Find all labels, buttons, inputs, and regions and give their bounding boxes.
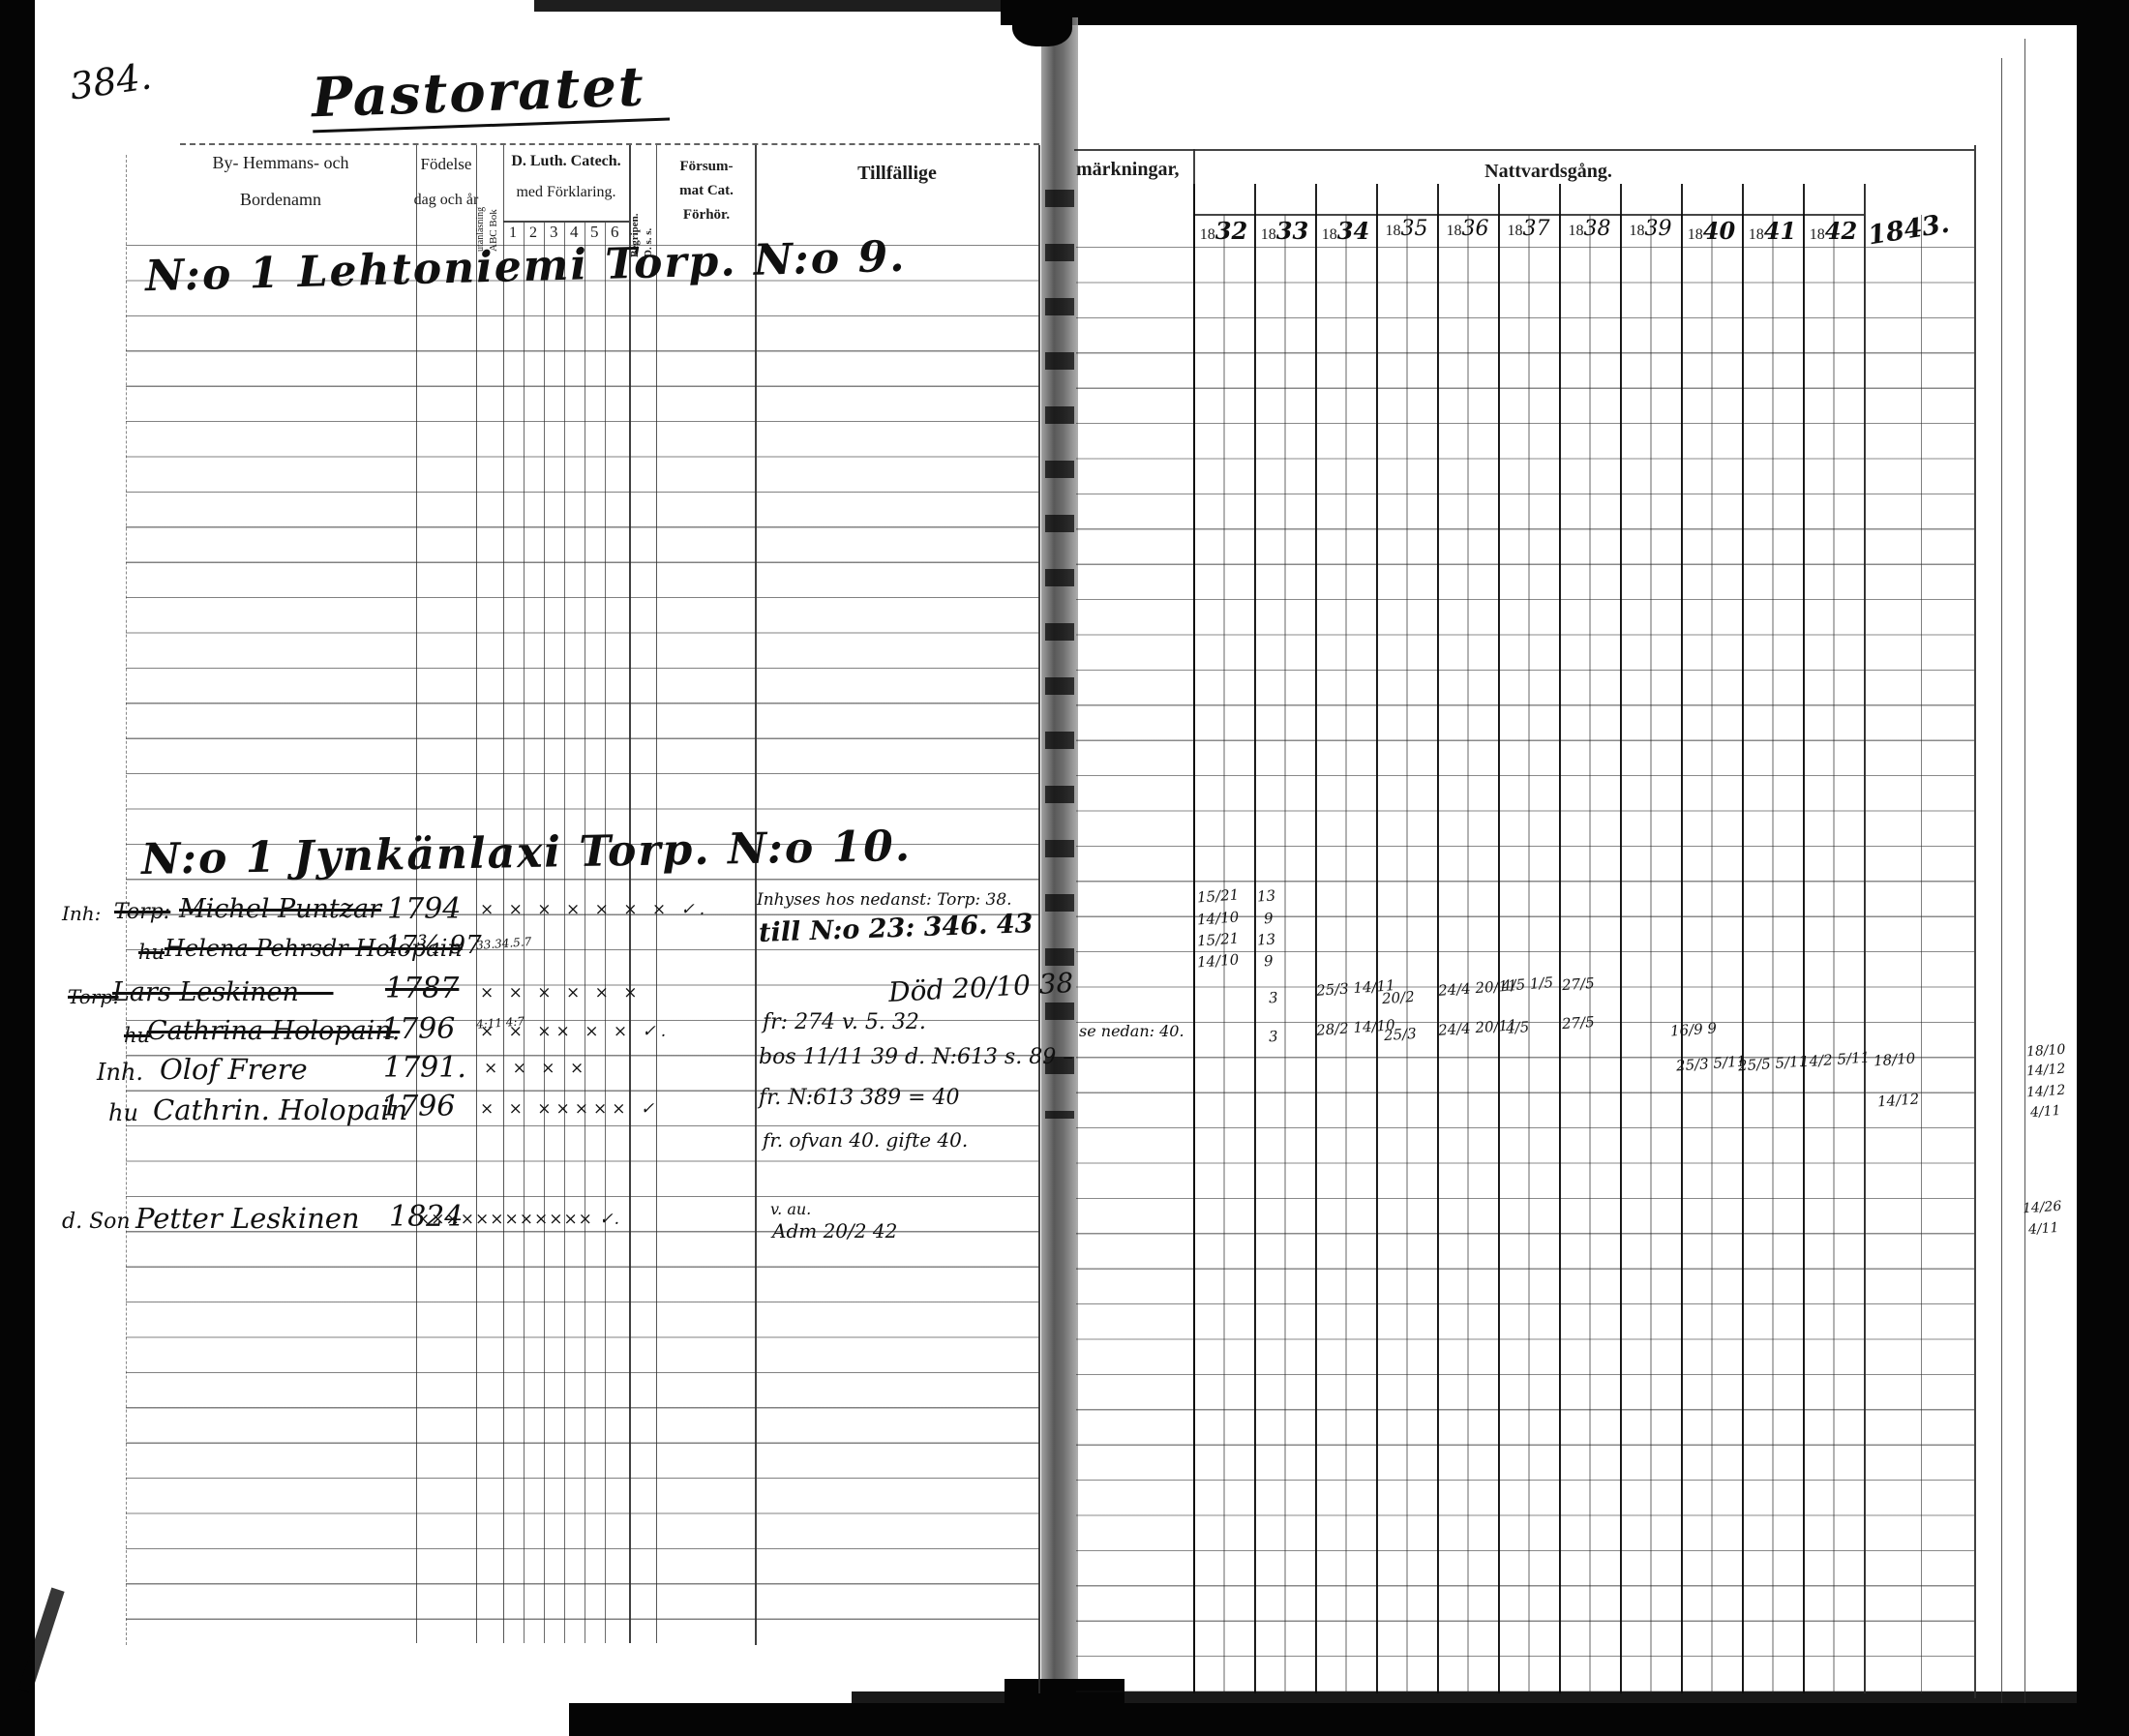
colline-dss-forsummat [656, 145, 657, 1643]
communion-mark: 9 [1263, 952, 1274, 971]
title-underline [180, 143, 1039, 145]
row-prefix-struck: hu [124, 1024, 150, 1047]
column-header-catech-line2: med Förklaring. [499, 184, 633, 201]
scan-edge-top-thin [534, 0, 1005, 12]
communion-mark: 3 [1268, 1028, 1278, 1046]
catech-number-4: 4 [570, 223, 579, 242]
row-catech-marks: × × ××××× ✓ [480, 1099, 659, 1119]
scan-edge-right [2077, 0, 2129, 1736]
row-birth-year: 1794 [387, 892, 461, 926]
year-label-1842: 1842 [1803, 217, 1864, 245]
row-birth-year: 1787 [385, 972, 459, 1005]
colline-birth-abc [476, 145, 477, 1643]
year-label-1839: 1839 [1620, 217, 1681, 241]
year-label-1832: 1832 [1193, 217, 1254, 245]
catech-subline-4 [585, 223, 585, 1643]
note-fr-274: fr: 274 v. 5. 32. [763, 1010, 926, 1034]
row-prefix: hu [138, 941, 165, 964]
row-prefix: Inh: [62, 902, 101, 925]
catech-number-1: 1 [509, 224, 517, 242]
row-catech-marks: ×××××××××××× ✓. [416, 1210, 620, 1229]
catech-subline-5 [605, 223, 606, 1643]
year-label-1840: 1840 [1681, 217, 1742, 245]
communion-mark: 13 [1256, 886, 1275, 905]
right-page-edge-line [1974, 145, 1976, 1698]
row-prefix: hu [108, 1099, 138, 1126]
row-catech-marks: × × × × × × [480, 983, 642, 1003]
row-prefix: Inh. [97, 1059, 143, 1086]
communion-mark: 15/21 [1196, 886, 1239, 907]
catech-number-3: 3 [550, 223, 558, 242]
colline-abc-catech [503, 145, 504, 1643]
column-header-anmarkningar: märkningar, [1076, 159, 1180, 181]
catech-subline-3 [564, 223, 565, 1643]
column-header-nattvardsgang: Nattvardsgång. [1306, 161, 1790, 183]
column-header-tillfallige: Tillfällige [755, 163, 1039, 185]
communion-mark-margin: 18/10 [2025, 1042, 2065, 1061]
year-label-1833: 1833 [1254, 217, 1315, 245]
communion-mark: 27/5 [1561, 1013, 1595, 1033]
year-label-1835: 1835 [1376, 217, 1437, 241]
year-label-1836: 1836 [1437, 217, 1498, 241]
communion-mark: 13 [1256, 930, 1275, 948]
communion-grid-yearlines [1193, 184, 1865, 1693]
row-name: Lars Leskinen — [112, 977, 333, 1007]
communion-mark: 4/5 1/5 [1501, 973, 1553, 995]
year-label-1838: 1838 [1559, 217, 1620, 241]
note-inhyses: Inhyses hos nedanst: Torp: 38. [757, 890, 1012, 910]
communion-mark: 4/5 [1505, 1018, 1529, 1037]
colline-catech-dss [629, 145, 631, 1643]
row-name: Olof Frere [160, 1053, 308, 1086]
catech-number-2: 2 [529, 224, 537, 242]
scanned-church-record-spread: 384. Pastoratet By- Hemmans- och Bordena… [0, 0, 2129, 1736]
scan-edge-left [0, 0, 35, 1736]
binding-top-blob [1012, 0, 1072, 46]
column-header-abc-vertical-1: utanläsning [475, 153, 486, 252]
communion-mark-margin: 4/11 [2027, 1220, 2058, 1238]
page-edge-curve-2 [2024, 39, 2025, 1703]
row-birth-year: 17¾ 97 [385, 931, 482, 960]
note-fr-ofvan: fr. ofvan 40. gifte 40. [763, 1128, 968, 1152]
column-header-abc-vertical-2: ABC Bok [488, 153, 499, 252]
catech-subline-2 [544, 223, 545, 1643]
communion-mark: 9 [1263, 910, 1274, 928]
communion-mark-margin: 14/12 [2025, 1062, 2065, 1080]
right-page-top-rule [1074, 149, 1974, 151]
book-title: Pastoratet [311, 54, 670, 134]
row-prefix: d. Son [62, 1210, 131, 1234]
note-bos: bos 11/11 39 d. N:613 s. 89 – [759, 1045, 1073, 1069]
communion-mark: 18/10 [1873, 1050, 1915, 1070]
catech-subline-1 [524, 223, 525, 1643]
communion-mark-margin: 14/26 [2022, 1199, 2061, 1217]
margin-column-line [1921, 215, 1922, 1693]
row-prefix-struck: Torp. [68, 985, 119, 1008]
row-catech-marks: × × × × [484, 1059, 588, 1078]
scan-edge-top-thick [1001, 0, 2129, 25]
communion-mark: 14/10 [1196, 951, 1239, 972]
column-header-name-line1: By- Hemmans- och [145, 153, 416, 173]
grid-right-border [1864, 184, 1866, 1693]
communion-mark-margin: 14/12 [2025, 1083, 2065, 1101]
communion-mark: 27/5 [1561, 974, 1595, 994]
year-label-1834: 1834 [1315, 217, 1376, 245]
page-number: 384. [67, 54, 154, 107]
column-header-forsummat-line1: Försum- [658, 159, 755, 175]
note-adm: Adm 20/2 42 [772, 1219, 897, 1242]
note-fr-n613: fr. N:613 389 = 40 [759, 1086, 960, 1110]
communion-mark: 16/9 9 [1669, 1019, 1717, 1039]
page-edge-curve-1 [2001, 58, 2002, 1703]
year-label-1841: 1841 [1742, 217, 1803, 245]
column-header-catech-line1: D. Luth. Catech. [499, 153, 633, 170]
note-v-au: v. au. [770, 1200, 811, 1218]
row-name: Cathrin. Holopain [153, 1093, 407, 1126]
row-prefix-struck: Torp: [114, 900, 170, 924]
row-birth-year: 1791. [383, 1051, 466, 1085]
scan-edge-bottom [569, 1703, 2129, 1736]
row-name: Michel Puntzar [179, 894, 381, 924]
column-header-forsummat-line3: Förhör. [658, 207, 755, 224]
communion-mark: 25/3 [1383, 1025, 1417, 1044]
column-header-forsummat-line2: mat Cat. [658, 183, 755, 199]
catech-number-5: 5 [590, 223, 599, 242]
row-name: Cathrina Holopain. [147, 1016, 400, 1046]
column-header-name-line2: Bordenamn [145, 190, 416, 210]
communion-mark: 15/21 [1196, 930, 1239, 950]
left-page-right-edge [1038, 145, 1040, 1693]
row-birth-year: 1796 [381, 1012, 455, 1046]
note-se-nedan: se nedan: 40. [1079, 1022, 1184, 1040]
year-label-1843-handwritten: 1843. [1866, 209, 1951, 252]
communion-mark: 20/2 [1381, 988, 1415, 1007]
year-label-1837: 1837 [1498, 217, 1559, 241]
row-birth-year: 1796 [381, 1090, 455, 1123]
communion-mark: 3 [1268, 989, 1278, 1007]
communion-mark-margin: 4/11 [2029, 1103, 2060, 1121]
communion-mark: 14/10 [1196, 909, 1239, 929]
row-name: Petter Leskinen [135, 1202, 360, 1235]
communion-mark: 14/12 [1876, 1091, 1919, 1111]
row-catech-marks: × × × × × × × ✓. [480, 900, 709, 919]
